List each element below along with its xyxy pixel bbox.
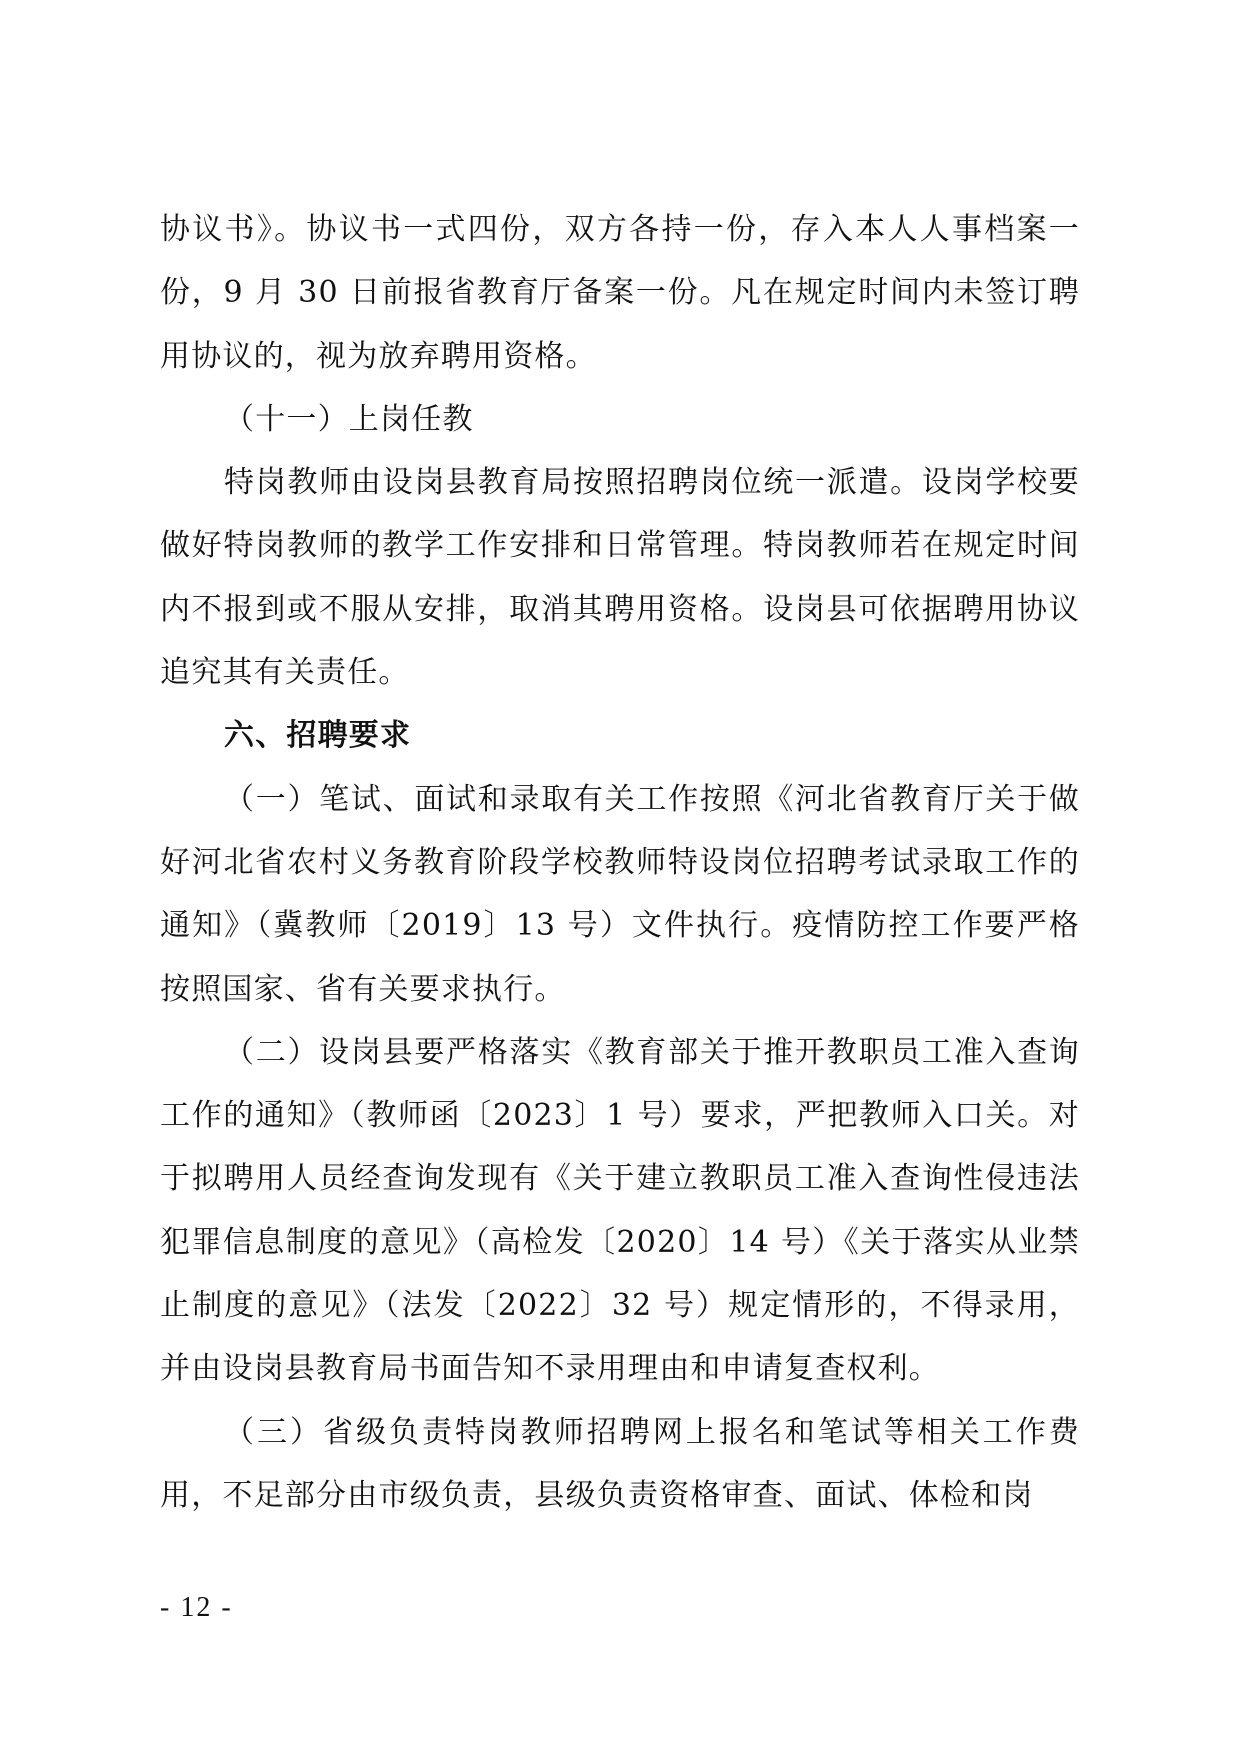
- subsection-heading-take-post: （十一）上岗任教: [160, 388, 1080, 451]
- paragraph-requirement-1: （一）笔试、面试和录取有关工作按照《河北省教育厅关于做好河北省农村义务教育阶段学…: [160, 768, 1080, 1021]
- document-body: 协议书》。协议书一式四份，双方各持一份，存入本人人事档案一份，9 月 30 日前…: [160, 198, 1080, 1527]
- paragraph-take-post: 特岗教师由设岗县教育局按照招聘岗位统一派遣。设岗学校要做好特岗教师的教学工作安排…: [160, 451, 1080, 704]
- page-number: - 12 -: [160, 1588, 233, 1628]
- paragraph-agreement-continuation: 协议书》。协议书一式四份，双方各持一份，存入本人人事档案一份，9 月 30 日前…: [160, 198, 1080, 388]
- document-page: 协议书》。协议书一式四份，双方各持一份，存入本人人事档案一份，9 月 30 日前…: [0, 0, 1241, 1755]
- paragraph-requirement-3: （三）省级负责特岗教师招聘网上报名和笔试等相关工作费用，不足部分由市级负责，县级…: [160, 1401, 1080, 1528]
- paragraph-requirement-2: （二）设岗县要严格落实《教育部关于推开教职员工准入查询工作的通知》（教师函〔20…: [160, 1021, 1080, 1401]
- section-heading-recruitment-requirements: 六、招聘要求: [160, 704, 1080, 767]
